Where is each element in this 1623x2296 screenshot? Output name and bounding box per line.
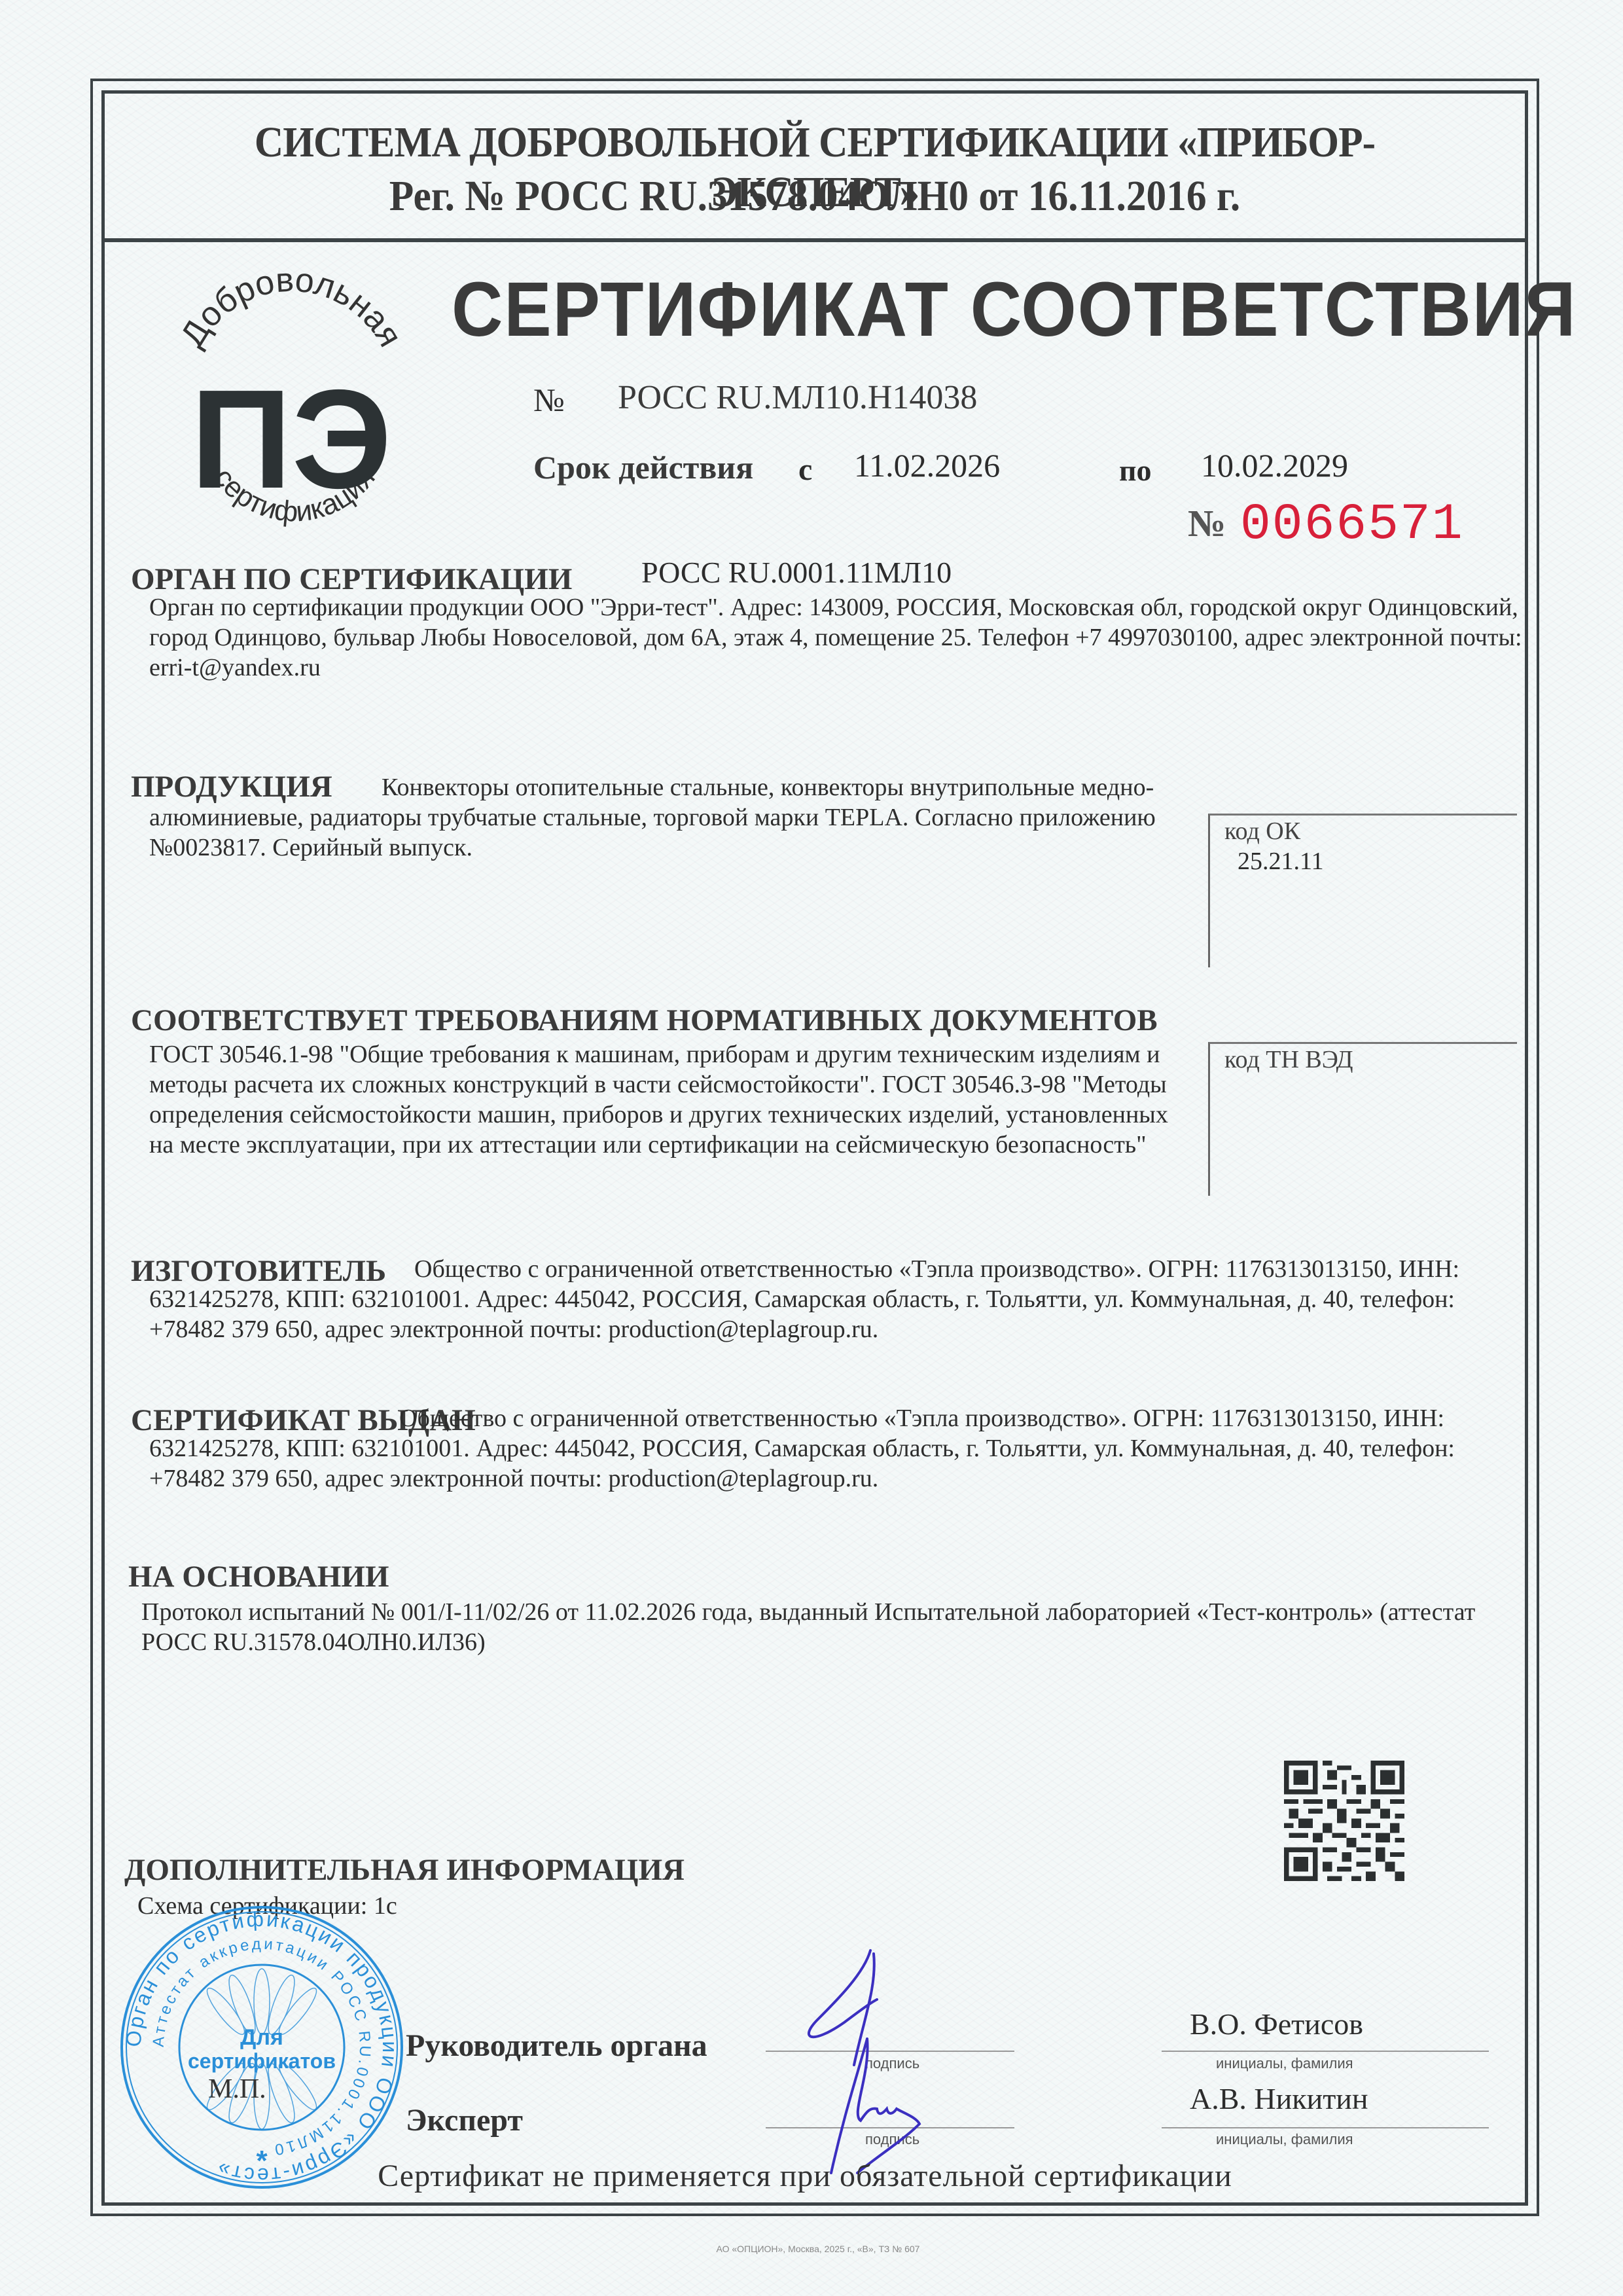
certification-body-text: Орган по сертификации продукции ООО "Эрр… xyxy=(149,592,1530,683)
expert-label: Эксперт xyxy=(406,2102,523,2138)
valid-to-date: 10.02.2029 xyxy=(1201,446,1348,484)
header-divider xyxy=(101,238,1528,242)
okp-code-value: 25.21.11 xyxy=(1238,847,1324,876)
certification-body-heading: ОРГАН ПО СЕРТИФИКАЦИИ xyxy=(131,562,572,597)
stamp-center-line1: Для xyxy=(240,2025,283,2050)
svg-text:Добровольная: Добровольная xyxy=(173,262,410,353)
expert-name-caption: инициалы, фамилия xyxy=(1216,2131,1353,2148)
issued-to-text: Общество с ограниченной ответственностью… xyxy=(149,1403,1530,1494)
basis-text: Протокол испытаний № 001/I-11/02/26 от 1… xyxy=(141,1597,1529,1657)
head-name-caption: инициалы, фамилия xyxy=(1216,2055,1353,2072)
certificate-title: СЕРТИФИКАТ СООТВЕТСТВИЯ xyxy=(452,265,1577,354)
validity-label: Срок действия xyxy=(533,448,753,486)
stamp-center-line2: сертификатов xyxy=(188,2049,336,2073)
seal-place-label: М.П. xyxy=(208,2073,266,2105)
pe-logo-icon: Добровольная сертификация ПЭ xyxy=(164,262,419,537)
manufacturer-text: Общество с ограниченной ответственностью… xyxy=(149,1254,1530,1344)
basis-heading: НА ОСНОВАНИИ xyxy=(128,1559,389,1594)
logo-arc-top: Добровольная xyxy=(173,262,410,353)
okp-code-box: код ОК 25.21.11 xyxy=(1208,814,1517,967)
okp-code-label: код ОК xyxy=(1224,817,1300,846)
head-name: В.О. Фетисов xyxy=(1190,2007,1363,2041)
svg-text:*: * xyxy=(256,2145,268,2177)
requirements-text: ГОСТ 30546.1-98 "Общие требования к маши… xyxy=(149,1039,1183,1160)
product-text: Конвекторы отопительные стальные, конвек… xyxy=(149,772,1183,863)
disclaimer: Сертификат не применяется при обязательн… xyxy=(294,2158,1315,2194)
certificate-number: РОСС RU.МЛ10.Н14038 xyxy=(618,378,977,417)
certification-body-code: РОСС RU.0001.11МЛ10 xyxy=(641,555,952,590)
blank-serial-number: 0066571 xyxy=(1240,496,1464,554)
head-of-body-label: Руководитель органа xyxy=(406,2028,707,2064)
qr-code-icon xyxy=(1284,1761,1404,1881)
valid-from-label: с xyxy=(798,452,812,488)
number-sign: № xyxy=(533,381,565,419)
seal-stamp-icon: Орган по сертификации продукции ООО «Эрр… xyxy=(118,1903,406,2191)
expert-name: А.В. Никитин xyxy=(1190,2081,1368,2116)
additional-info-heading: ДОПОЛНИТЕЛЬНАЯ ИНФОРМАЦИЯ xyxy=(124,1852,685,1888)
expert-name-line xyxy=(1162,2127,1489,2128)
tnved-code-label: код ТН ВЭД xyxy=(1224,1045,1353,1074)
requirements-heading: СООТВЕТСТВУЕТ ТРЕБОВАНИЯМ НОРМАТИВНЫХ ДО… xyxy=(131,1003,1158,1038)
head-name-line xyxy=(1162,2051,1489,2052)
logo-letters: ПЭ xyxy=(190,360,392,518)
valid-from-date: 11.02.2026 xyxy=(854,446,1000,484)
tnved-code-box: код ТН ВЭД xyxy=(1208,1042,1517,1196)
blank-number-sign: № xyxy=(1188,501,1226,545)
certification-system-registration: Рег. № РОСС RU.31578.04ОЛН0 от 16.11.201… xyxy=(154,171,1475,221)
printer-imprint: АО «ОПЦИОН», Москва, 2025 г., «В», ТЗ № … xyxy=(654,2244,982,2254)
valid-to-label: по xyxy=(1119,453,1152,488)
